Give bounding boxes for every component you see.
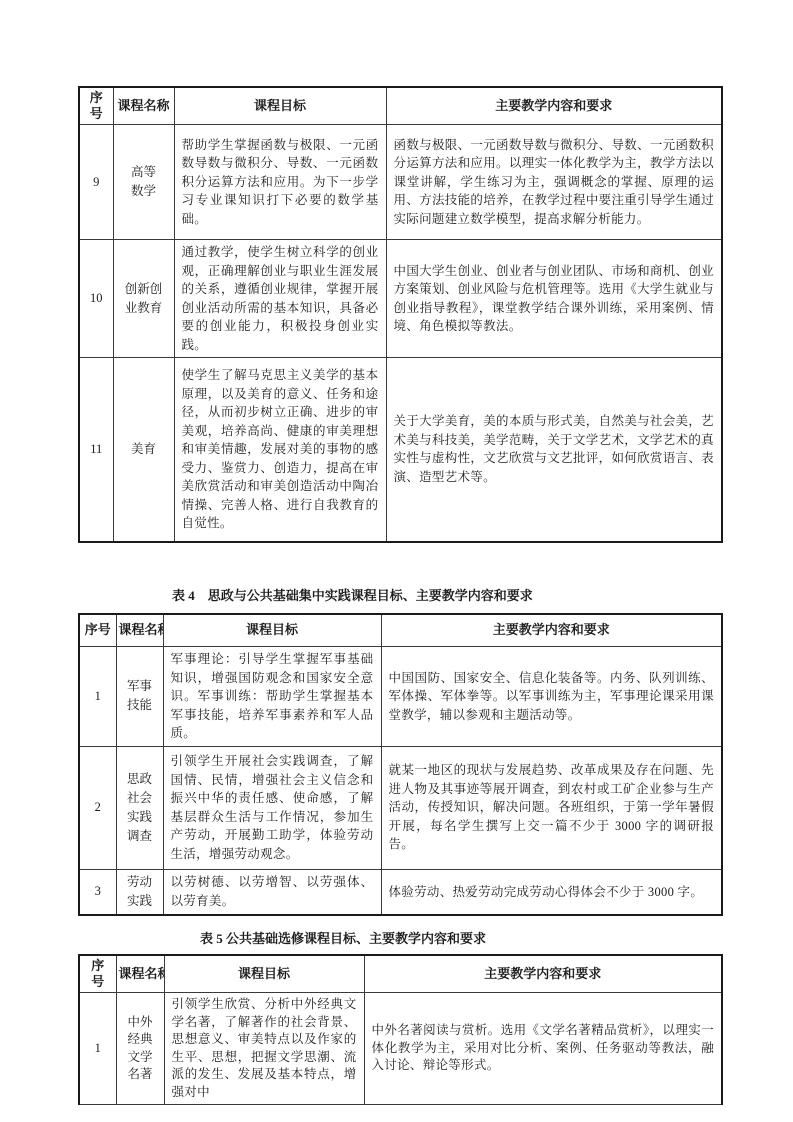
seq-header-cell: 序 号 xyxy=(79,955,116,993)
table-row: 3 劳动 实践 以劳树德、以劳增智、以劳强体、以劳育美。 体验劳动、热爱劳动完成… xyxy=(79,869,722,915)
table-header-row: 序 号 课程名称 课程目标 主要教学内容和要求 xyxy=(79,955,722,993)
content-cell: 体验劳动、热爱劳动完成劳动心得体会不少于 3000 字。 xyxy=(381,869,722,915)
objective-header-cell: 课程目标 xyxy=(174,87,386,125)
seq-header-cell: 序 号 xyxy=(79,87,113,125)
objective-cell: 引领学生开展社会实践调查，了解国情、民情，增强社会主义信念和振兴中华的责任感、使… xyxy=(163,746,381,869)
table4: 序号 课程名称 课程目标 主要教学内容和要求 1 军事 技能 军事理论：引导学生… xyxy=(78,613,723,917)
table5: 序 号 课程名称 课程目标 主要教学内容和要求 1 中外 经典 文学 名著 引领… xyxy=(78,954,723,1105)
table5-title: 表 5 公共基础选修课程目标、主要教学内容和要求 xyxy=(200,930,721,948)
seq-header-cell: 序号 xyxy=(79,614,116,647)
table-row: 10 创新创 业教育 通过教学，使学生树立科学的创业观，正确理解创业与职业生涯发… xyxy=(79,240,722,358)
objective-header-cell: 课程目标 xyxy=(164,955,364,993)
seq-cell: 9 xyxy=(79,125,113,240)
content-cell: 中国大学生创业、创业者与创业团队、市场和商机、创业方案策划、创业风险与危机管理等… xyxy=(386,240,722,358)
table-header-row: 序 号 课程名称 课程目标 主要教学内容和要求 xyxy=(79,87,722,125)
seq-cell: 2 xyxy=(79,746,116,869)
table-row: 1 中外 经典 文学 名著 引领学生欣赏、分析中外经典文学名著，了解著作的社会背… xyxy=(79,993,722,1105)
content-cell: 关于大学美育，美的本质与形式美，自然美与社会美，艺术美与科技美，美学范畴，关于文… xyxy=(386,358,722,542)
table4-title: 表 4 思政与公共基础集中实践课程目标、主要教学内容和要求 xyxy=(172,587,721,605)
course-name-cell: 思政 社会 实践 调查 xyxy=(116,746,163,869)
document-page: 序 号 课程名称 课程目标 主要教学内容和要求 9 高等 数学 帮助学生掌握函数… xyxy=(0,0,721,1105)
table-row: 2 思政 社会 实践 调查 引领学生开展社会实践调查，了解国情、民情，增强社会主… xyxy=(79,746,722,869)
course-name-cell: 中外 经典 文学 名著 xyxy=(116,993,164,1105)
table-row: 11 美育 使学生了解马克思主义美学的基本原理，以及美育的意义、任务和途径，从而… xyxy=(79,358,722,542)
course-name-header-cell: 课程名称 xyxy=(116,614,163,647)
course-name-cell: 创新创 业教育 xyxy=(113,240,174,358)
content-cell: 就某一地区的现状与发展趋势、改革成果及存在问题、先进人物及其事迹等展开调查，到农… xyxy=(381,746,722,869)
table-header-row: 序号 课程名称 课程目标 主要教学内容和要求 xyxy=(79,614,722,647)
objective-cell: 引领学生欣赏、分析中外经典文学名著，了解著作的社会背景、思想意义、审美特点以及作… xyxy=(164,993,364,1105)
seq-cell: 1 xyxy=(79,647,116,747)
seq-cell: 3 xyxy=(79,869,116,915)
content-header-cell: 主要教学内容和要求 xyxy=(381,614,722,647)
seq-cell: 11 xyxy=(79,358,113,542)
content-cell: 中国国防、国家安全、信息化装备等。内务、队列训练、军体操、军体拳等。以军事训练为… xyxy=(381,647,722,747)
course-name-cell: 劳动 实践 xyxy=(116,869,163,915)
course-name-header-cell: 课程名称 xyxy=(116,955,164,993)
course-name-cell: 军事 技能 xyxy=(116,647,163,747)
course-name-cell: 美育 xyxy=(113,358,174,542)
objective-cell: 以劳树德、以劳增智、以劳强体、以劳育美。 xyxy=(163,869,381,915)
objective-cell: 使学生了解马克思主义美学的基本原理，以及美育的意义、任务和途径，从而初步树立正确… xyxy=(174,358,386,542)
objective-cell: 通过教学，使学生树立科学的创业观，正确理解创业与职业生涯发展的关系，遵循创业规律… xyxy=(174,240,386,358)
course-name-header-cell: 课程名称 xyxy=(113,87,174,125)
objective-header-cell: 课程目标 xyxy=(163,614,381,647)
content-cell: 中外名著阅读与赏析。选用《文学名著精品赏析》，以理实一体化教学为主，采用对比分析… xyxy=(364,993,722,1105)
course-name-cell: 高等 数学 xyxy=(113,125,174,240)
seq-cell: 1 xyxy=(79,993,116,1105)
table-row: 9 高等 数学 帮助学生掌握函数与极限、一元函数导数与微积分、导数、一元函数积分… xyxy=(79,125,722,240)
course-table-continued: 序 号 课程名称 课程目标 主要教学内容和要求 9 高等 数学 帮助学生掌握函数… xyxy=(78,86,723,543)
table-row: 1 军事 技能 军事理论：引导学生掌握军事基础知识，增强国防观念和国家安全意识。… xyxy=(79,647,722,747)
content-header-cell: 主要教学内容和要求 xyxy=(386,87,722,125)
seq-cell: 10 xyxy=(79,240,113,358)
content-header-cell: 主要教学内容和要求 xyxy=(364,955,722,993)
objective-cell: 帮助学生掌握函数与极限、一元函数导数与微积分、导数、一元函数积分运算方法和应用。… xyxy=(174,125,386,240)
objective-cell: 军事理论：引导学生掌握军事基础知识，增强国防观念和国家安全意识。军事训练：帮助学… xyxy=(163,647,381,747)
content-cell: 函数与极限、一元函数导数与微积分、导数、一元函数积分运算方法和应用。以理实一体化… xyxy=(386,125,722,240)
